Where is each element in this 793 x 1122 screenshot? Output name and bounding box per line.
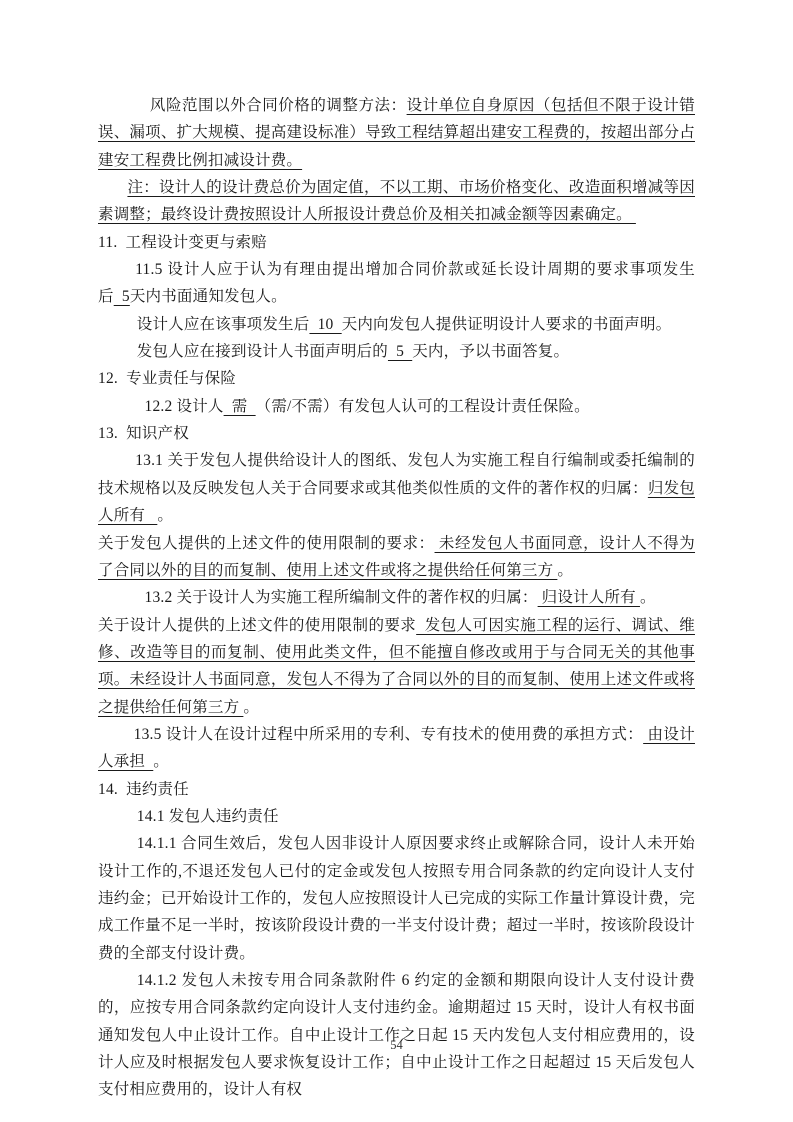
text-segment: 设计人应在该事项发生后 [137, 316, 310, 333]
text-segment: 13. 知识产权 [98, 425, 189, 442]
text-segment: 14.1.2 发包人未按专用合同条款附件 6 约定的金额和期限向设计人支付设计费… [98, 972, 695, 1098]
clause-14-1: 14.1 发包人违约责任 [98, 803, 695, 830]
clause-11-5-reply-5-days: 发包人应在接到设计人书面声明后的 5 天内，予以书面答复。 [98, 338, 695, 365]
clause-13-5: 13.5 设计人在设计过程中所采用的专利、专有技术的使用费的承担方式： 由设计人… [98, 721, 695, 776]
clause-11-5-notice-10-days: 设计人应在该事项发生后 10 天内向发包人提供证明设计人要求的书面声明。 [98, 311, 695, 338]
clause-12-2: 12.2 设计人 需 （需/不需）有发包人认可的工程设计责任保险。 [98, 393, 695, 420]
text-segment: 12. 专业责任与保险 [98, 370, 236, 387]
text-segment: 发包人应在接到设计人书面声明后的 [137, 343, 388, 360]
underlined-text: 归设计人所有 [538, 589, 640, 606]
text-segment: 。 [157, 507, 173, 524]
text-segment: 。 [640, 589, 656, 606]
para-risk-price-adjustment: 风险范围以外合同价格的调整方法：设计单位自身原因（包括但不限于设计错误、漏项、扩… [98, 92, 695, 174]
clause-14-1-2: 14.1.2 发包人未按专用合同条款附件 6 约定的金额和期限向设计人支付设计费… [98, 967, 695, 1104]
underlined-text: 10 [309, 316, 341, 333]
clause-13-2-use-restriction: 关于设计人提供的上述文件的使用限制的要求 发包人可因实施工程的运行、调试、维修、… [98, 612, 695, 721]
text-segment: 11. 工程设计变更与索赔 [98, 234, 267, 251]
text-segment: 关于发包人提供的上述文件的使用限制的要求： [98, 535, 435, 552]
text-segment: 关于设计人提供的上述文件的使用限制的要求 [98, 617, 416, 634]
text-segment: 14. 违约责任 [98, 781, 189, 798]
text-segment: （需/不需）有发包人认可的工程设计责任保险。 [256, 398, 590, 415]
heading-11-design-change-claims: 11. 工程设计变更与索赔 [98, 229, 695, 256]
text-segment: 12.2 设计人 [145, 398, 224, 415]
clause-13-2: 13.2 关于设计人为实施工程所编制文件的著作权的归属： 归设计人所有 。 [98, 584, 695, 611]
document-body: 风险范围以外合同价格的调整方法：设计单位自身原因（包括但不限于设计错误、漏项、扩… [98, 92, 695, 1104]
underlined-text: 5 [388, 343, 412, 360]
text-segment: 。 [243, 699, 259, 716]
text-segment: 13.1 关于发包人提供给设计人的图纸、发包人为实施工程自行编制或委托编制的技术… [98, 452, 695, 496]
text-segment: 天内向发包人提供证明设计人要求的书面声明。 [342, 316, 672, 333]
para-note-fixed-fee: 注：设计人的设计费总价为固定值，不以工期、市场价格变化、改造面积增减等因素调整；… [98, 174, 695, 229]
text-segment: 。 [153, 753, 169, 770]
clause-14-1-1: 14.1.1 合同生效后，发包人因非设计人原因要求终止或解除合同，设计人未开始设… [98, 830, 695, 967]
text-segment: 天内，予以书面答复。 [412, 343, 569, 360]
text-segment: 天内书面通知发包人。 [130, 288, 287, 305]
clause-13-1: 13.1 关于发包人提供给设计人的图纸、发包人为实施工程自行编制或委托编制的技术… [98, 447, 695, 529]
underlined-text: 需 [224, 398, 256, 415]
text-segment: 风险范围以外合同价格的调整方法： [150, 97, 407, 114]
text-segment: 14.1.1 合同生效后，发包人因非设计人原因要求终止或解除合同，设计人未开始设… [98, 835, 695, 961]
page-number: 54 [0, 1038, 793, 1053]
text-segment: 13.2 关于设计人为实施工程所编制文件的著作权的归属： [145, 589, 538, 606]
underlined-text: 5 [114, 288, 130, 305]
heading-13-intellectual-property: 13. 知识产权 [98, 420, 695, 447]
clause-11-5: 11.5 设计人应于认为有理由提出增加合同价款或延长设计周期的要求事项发生后 5… [98, 256, 695, 311]
text-segment: 13.5 设计人在设计过程中所采用的专利、专有技术的使用费的承担方式： [134, 726, 644, 743]
document-page: 风险范围以外合同价格的调整方法：设计单位自身原因（包括但不限于设计错误、漏项、扩… [0, 0, 793, 1122]
text-segment: 。 [557, 562, 573, 579]
heading-12-liability-insurance: 12. 专业责任与保险 [98, 365, 695, 392]
clause-13-1-use-restriction: 关于发包人提供的上述文件的使用限制的要求： 未经发包人书面同意，设计人不得为了合… [98, 530, 695, 585]
underlined-text: 注：设计人的设计费总价为固定值，不以工期、市场价格变化、改造面积增减等因素调整；… [98, 179, 695, 223]
heading-14-breach-liability: 14. 违约责任 [98, 776, 695, 803]
text-segment: 14.1 发包人违约责任 [137, 808, 279, 825]
